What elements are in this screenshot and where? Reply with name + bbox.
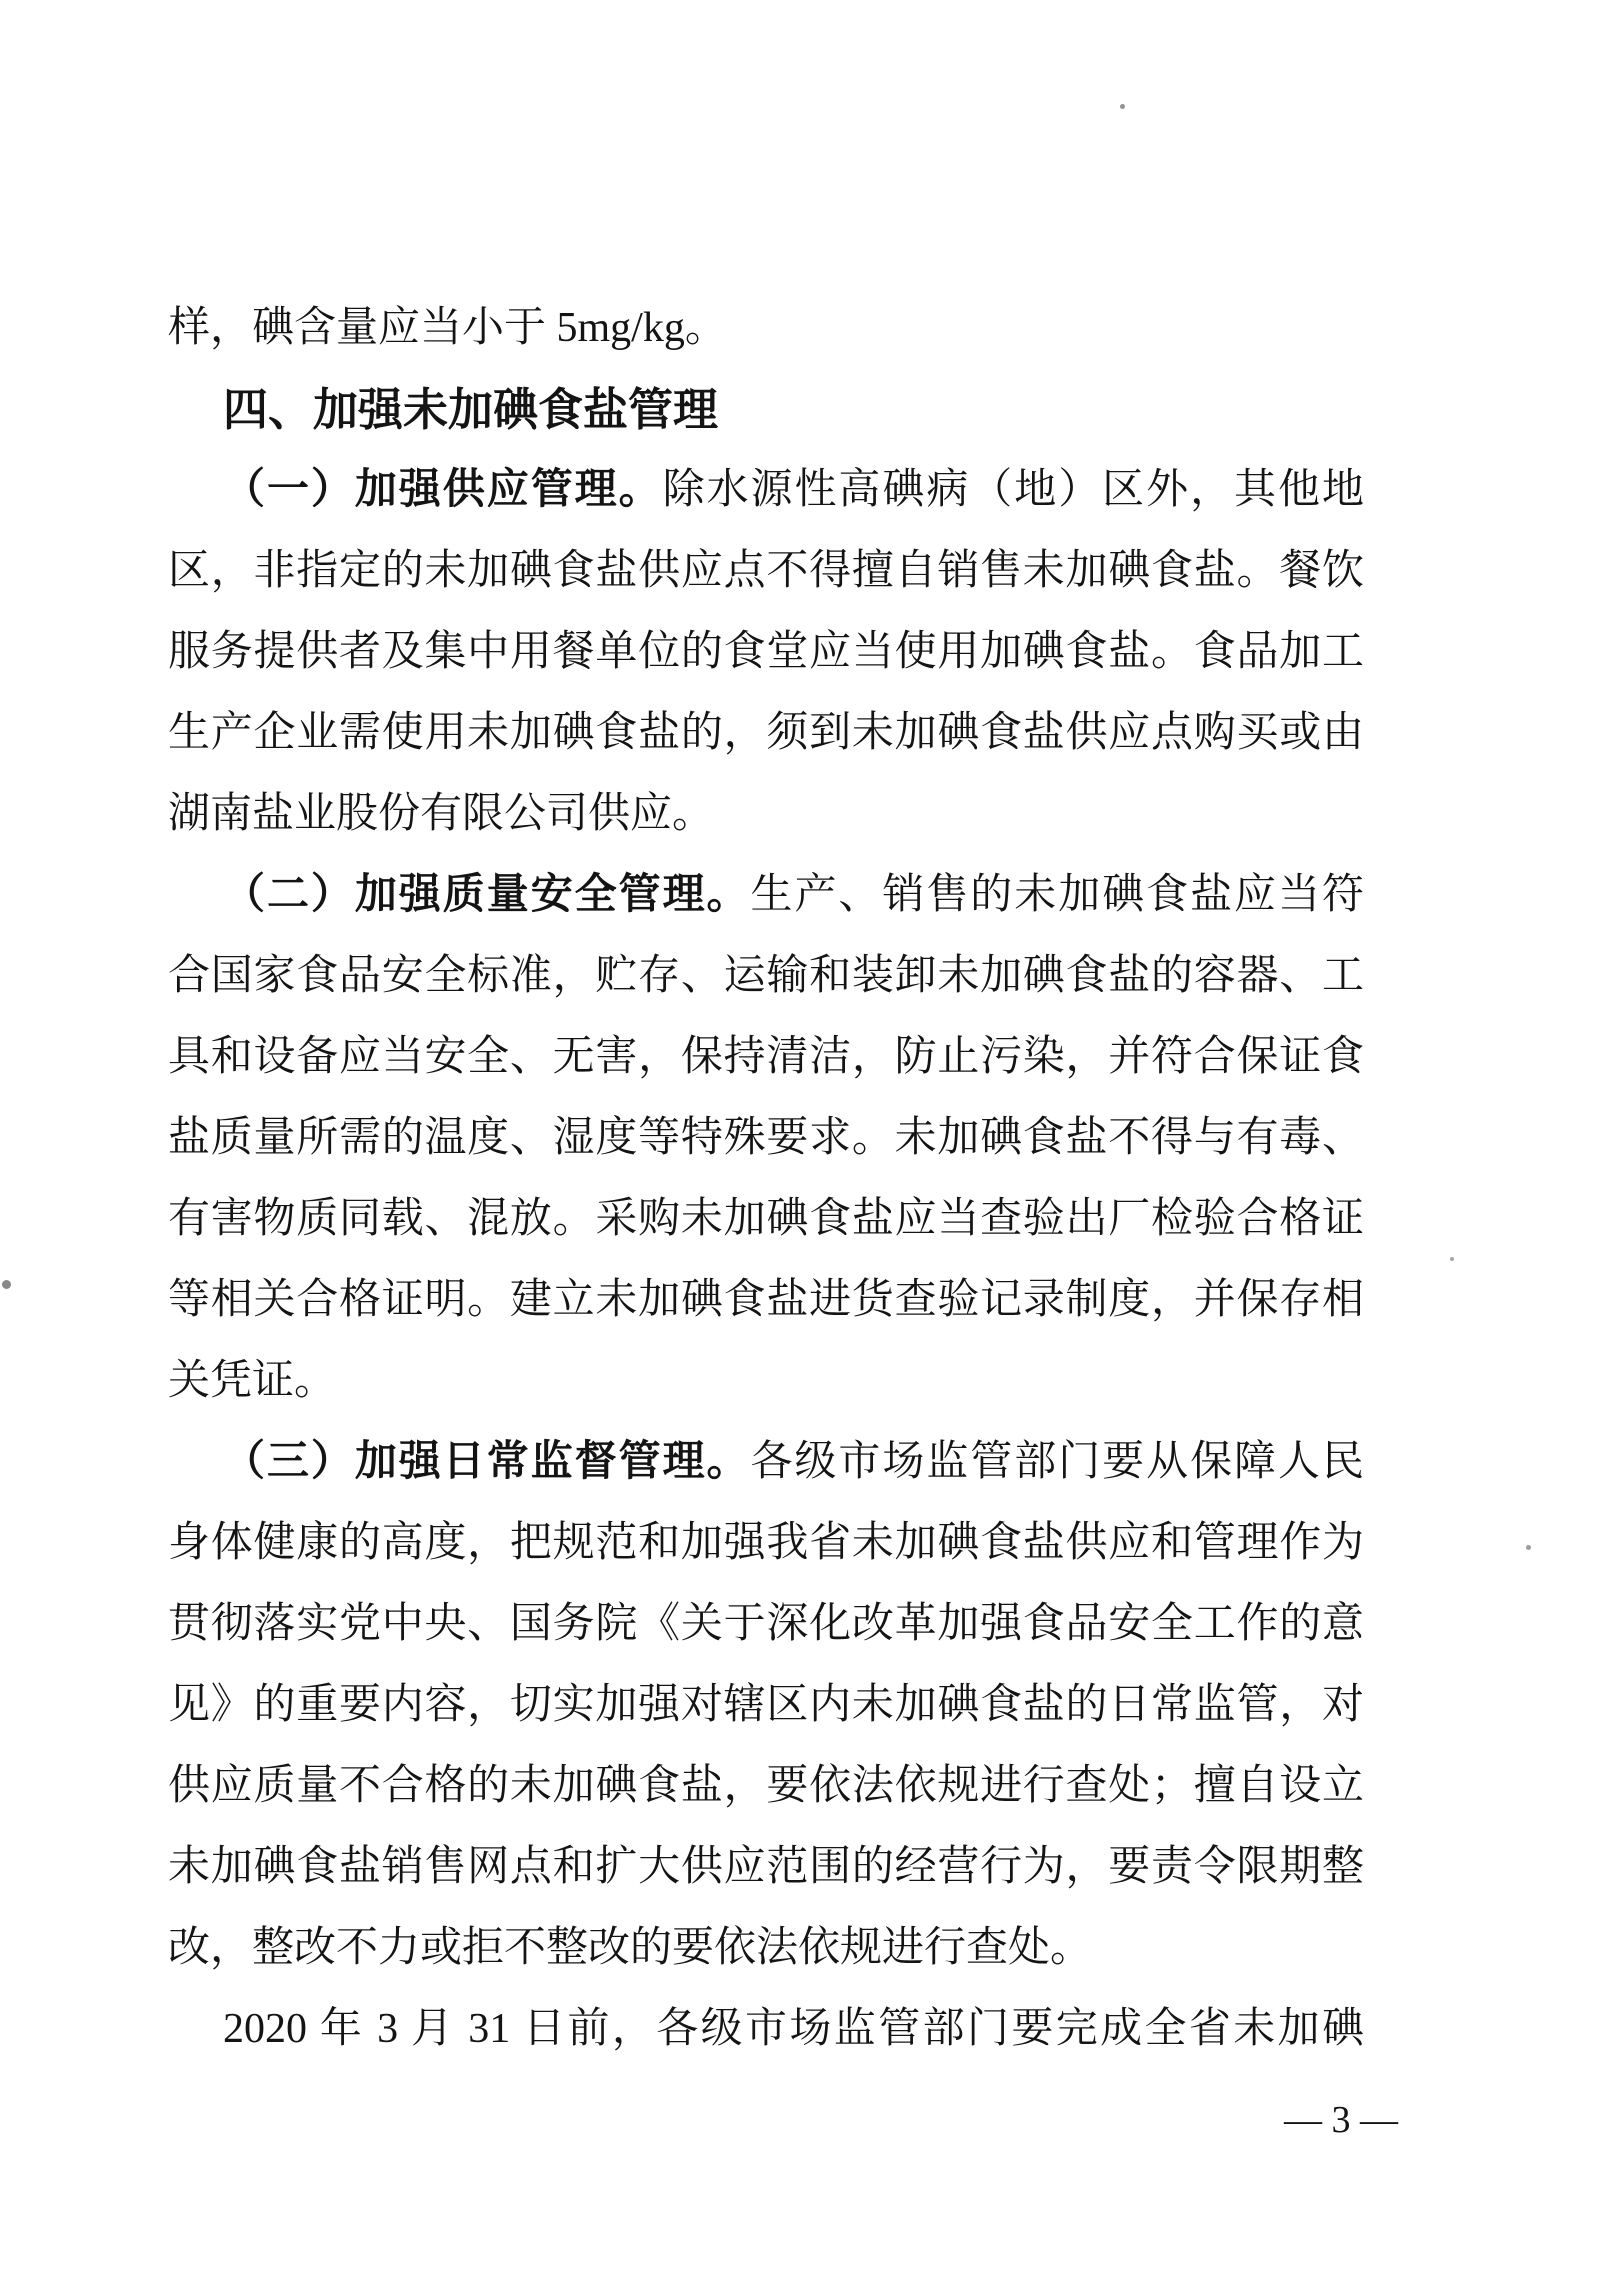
text-line: 见》的重要内容，切实加强对辖区内未加碘食盐的日常监管，对 [168,1665,1364,1746]
text-line: 生产企业需使用未加碘食盐的，须到未加碘食盐供应点购买或由 [168,693,1364,774]
scan-speck [1526,1545,1531,1550]
text-line: 合国家食品安全标准，贮存、运输和装卸未加碘食盐的容器、工 [168,936,1364,1017]
text-line: （三）加强日常监督管理。各级市场监管部门要从保障人民 [168,1422,1364,1503]
text-line: 具和设备应当安全、无害，保持清洁，防止污染，并符合保证食 [168,1017,1364,1098]
text-line: （一）加强供应管理。除水源性高碘病（地）区外，其他地 [168,450,1364,531]
paragraph-lead: （一）加强供应管理。 [223,467,663,513]
document-body: 样，碘含量应当小于 5mg/kg。四、加强未加碘食盐管理（一）加强供应管理。除水… [168,288,1364,2070]
scan-speck [2,1280,11,1289]
text-line: 身体健康的高度，把规范和加强我省未加碘食盐供应和管理作为 [168,1503,1364,1584]
text-line: 有害物质同载、混放。采购未加碘食盐应当查验出厂检验合格证 [168,1179,1364,1260]
document-page: 样，碘含量应当小于 5mg/kg。四、加强未加碘食盐管理（一）加强供应管理。除水… [0,0,1600,2274]
text-line: 样，碘含量应当小于 5mg/kg。 [168,288,1364,369]
text-line: 区，非指定的未加碘食盐供应点不得擅自销售未加碘食盐。餐饮 [168,531,1364,612]
page-number: — 3 — [1284,2094,1398,2146]
scan-speck [1120,104,1125,109]
text-line: （二）加强质量安全管理。生产、销售的未加碘食盐应当符 [168,855,1364,936]
text-line: 贯彻落实党中央、国务院《关于深化改革加强食品安全工作的意 [168,1584,1364,1665]
text-line: 盐质量所需的温度、湿度等特殊要求。未加碘食盐不得与有毒、 [168,1098,1364,1179]
text-line: 湖南盐业股份有限公司供应。 [168,774,1364,855]
scan-speck [1450,1257,1454,1261]
text-line: 等相关合格证明。建立未加碘食盐进货查验记录制度，并保存相 [168,1260,1364,1341]
section-heading: 四、加强未加碘食盐管理 [168,369,1364,450]
text-line: 供应质量不合格的未加碘食盐，要依法依规进行查处；擅自设立 [168,1746,1364,1827]
text-line: 服务提供者及集中用餐单位的食堂应当使用加碘食盐。食品加工 [168,612,1364,693]
text-line: 改，整改不力或拒不整改的要依法依规进行查处。 [168,1908,1364,1989]
text-line: 2020 年 3 月 31 日前，各级市场监管部门要完成全省未加碘 [168,1989,1364,2070]
text-line: 关凭证。 [168,1341,1364,1422]
paragraph-lead: （二）加强质量安全管理。 [223,872,751,918]
text-line: 未加碘食盐销售网点和扩大供应范围的经营行为，要责令限期整 [168,1827,1364,1908]
paragraph-lead: （三）加强日常监督管理。 [223,1439,751,1485]
